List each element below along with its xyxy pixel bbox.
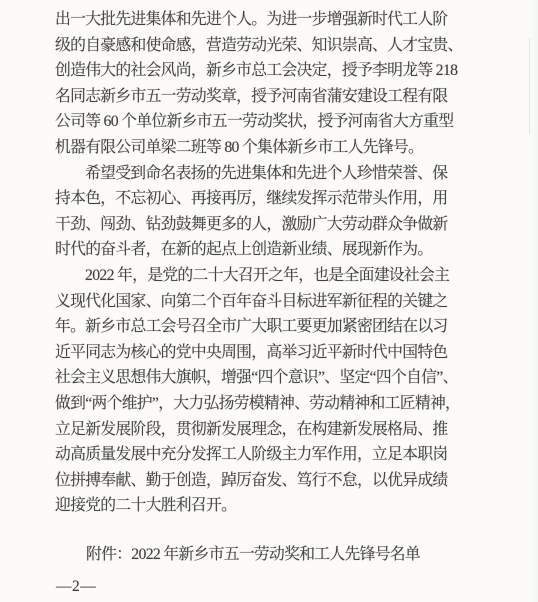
document-body: 出一大批先进集体和先进个人。为进一步增强新时代工人阶级的自豪感和使命感，营造劳动… <box>55 7 487 519</box>
body-line: 希望受到命名表扬的先进集体和先进个人珍惜荣誉、保 <box>55 161 487 187</box>
body-line: 做到“两个维护”，大力弘扬劳模精神、劳动精神和工匠精神， <box>55 391 487 417</box>
attachment-line: 附件：2022 年新乡市五一劳动奖和工人先锋号名单 <box>55 542 487 568</box>
scan-edge-artifact <box>529 0 538 602</box>
body-line: 干劲、闯劲、钻劲鼓舞更多的人，激励广大劳动群众争做新 <box>55 212 487 238</box>
body-line: 立足新发展阶段，贯彻新发展理念，在构建新发展格局、推 <box>55 417 487 443</box>
body-line: 年。新乡市总工会号召全市广大职工要更加紧密团结在以习 <box>55 314 487 340</box>
page-number: —2— <box>56 576 96 598</box>
body-line: 动高质量发展中充分发挥工人阶级主力军作用，立足本职岗 <box>55 442 487 468</box>
body-line: 义现代化国家、向第二个百年奋斗目标进军新征程的关键之 <box>55 289 487 315</box>
body-line: 2022 年，是党的二十大召开之年，也是全面建设社会主 <box>55 263 487 289</box>
scan-fold-line-artifact <box>529 38 530 134</box>
body-line: 持本色，不忘初心、再接再厉，继续发挥示范带头作用，用 <box>55 186 487 212</box>
body-line: 公司等 60 个单位新乡市五一劳动奖状，授予河南省大方重型 <box>55 109 487 135</box>
body-line: 社会主义思想伟大旗帜，增强“四个意识”、坚定“四个自信”、 <box>55 365 487 391</box>
body-line: 出一大批先进集体和先进个人。为进一步增强新时代工人阶 <box>55 7 487 33</box>
body-line: 机器有限公司单梁二班等 80 个集体新乡市工人先锋号。 <box>55 135 487 161</box>
body-line: 级的自豪感和使命感，营造劳动光荣、知识崇高、人才宝贵、 <box>55 33 487 59</box>
attachment-section: 附件：2022 年新乡市五一劳动奖和工人先锋号名单 <box>55 519 487 568</box>
body-line: 创造伟大的社会风尚，新乡市总工会决定，授予李明龙等 218 <box>55 58 487 84</box>
body-line: 迎接党的二十大胜利召开。 <box>55 493 487 519</box>
scanned-document-page: 出一大批先进集体和先进个人。为进一步增强新时代工人阶级的自豪感和使命感，营造劳动… <box>0 0 538 602</box>
body-line: 时代的奋斗者，在新的起点上创造新业绩、展现新作为。 <box>55 237 487 263</box>
body-line: 位拼搏奉献、勤于创造，踔厉奋发、笃行不怠，以优异成绩 <box>55 468 487 494</box>
body-line: 名同志新乡市五一劳动奖章，授予河南省蒲安建设工程有限 <box>55 84 487 110</box>
body-line: 近平同志为核心的党中央周围，高举习近平新时代中国特色 <box>55 340 487 366</box>
